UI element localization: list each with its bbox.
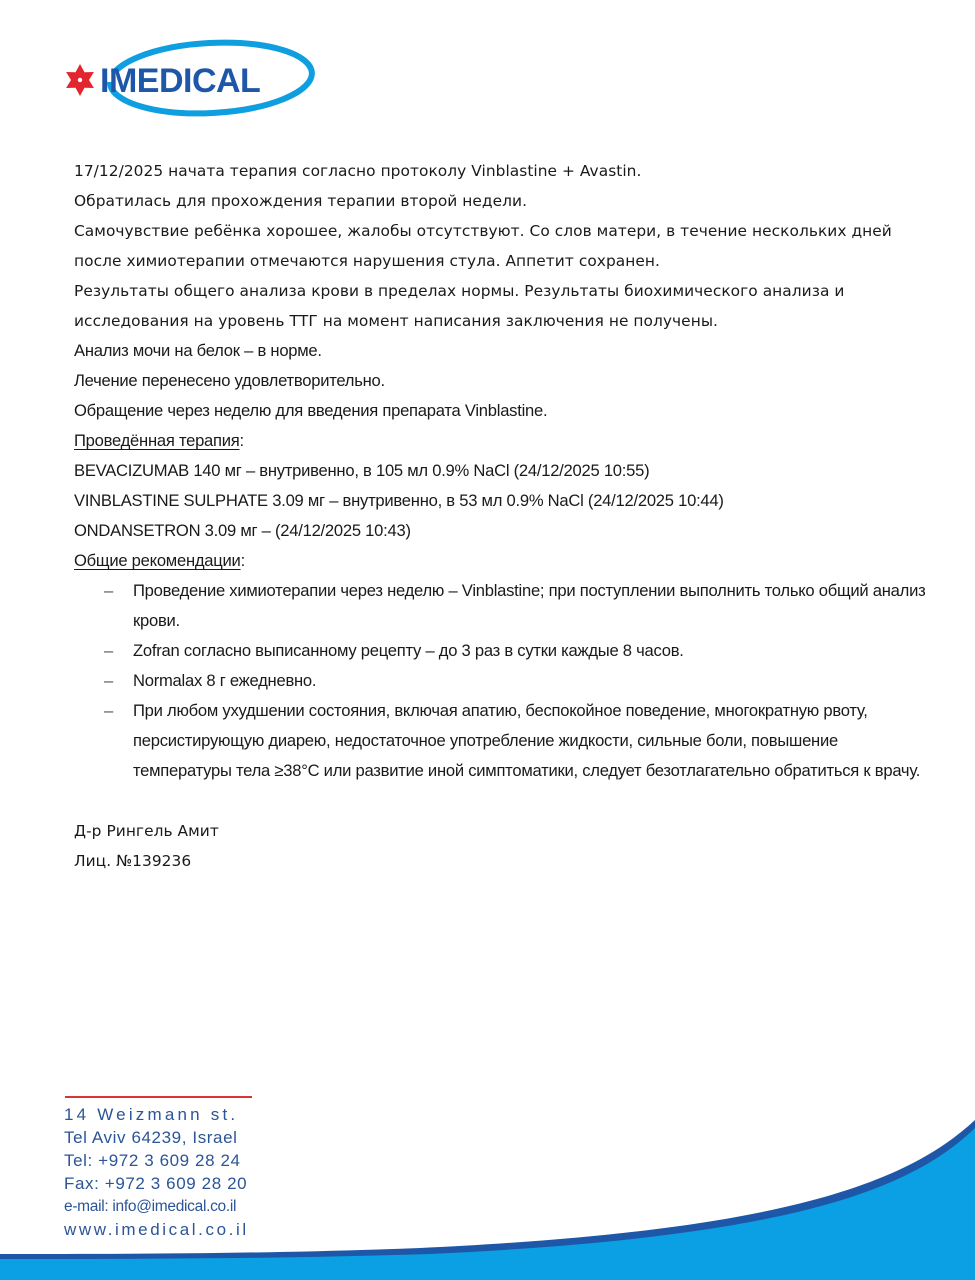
recommendations-heading-line: Общие рекомендации: xyxy=(74,546,944,576)
footer-email-link[interactable]: e-mail: info@imedical.co.il xyxy=(64,1195,264,1218)
recommendation-item: –При любом ухудшении состояния, включая … xyxy=(74,696,933,786)
footer-fax: Fax: +972 3 609 28 20 xyxy=(64,1172,264,1195)
document-body: 17/12/2025 начата терапия согласно прото… xyxy=(74,156,944,876)
doctor-license: Лиц. №139236 xyxy=(74,846,944,876)
body-line: исследования на уровень ТТГ на момент на… xyxy=(74,306,944,336)
footer-website-link[interactable]: www.imedical.co.il xyxy=(64,1218,264,1241)
therapy-heading: Проведённая терапия xyxy=(74,431,240,450)
body-line: после химиотерапии отмечаются нарушения … xyxy=(74,246,944,276)
therapy-item: BEVACIZUMAB 140 мг – внутривенно, в 105 … xyxy=(74,456,944,486)
dash-bullet-icon: – xyxy=(104,576,113,606)
dash-bullet-icon: – xyxy=(104,636,113,666)
body-line: Обратилась для прохождения терапии второ… xyxy=(74,186,944,216)
recommendations-list: –Проведение химиотерапии через неделю – … xyxy=(74,576,944,786)
therapy-item: ONDANSETRON 3.09 мг – (24/12/2025 10:43) xyxy=(74,516,944,546)
dash-bullet-icon: – xyxy=(104,696,113,726)
body-line: Самочувствие ребёнка хорошее, жалобы отс… xyxy=(74,216,944,246)
dash-bullet-icon: – xyxy=(104,666,113,696)
imedical-logo: IMEDICAL xyxy=(60,38,320,118)
footer-divider xyxy=(65,1096,252,1098)
footer-phone: Tel: +972 3 609 28 24 xyxy=(64,1149,264,1172)
footer-contact: 14 Weizmann st. Tel Aviv 64239, Israel T… xyxy=(64,1103,264,1241)
body-line: Обращение через неделю для введения преп… xyxy=(74,396,944,426)
recommendation-item: –Normalax 8 г ежедневно. xyxy=(74,666,933,696)
body-line: Анализ мочи на белок – в норме. xyxy=(74,336,944,366)
body-line: 17/12/2025 начата терапия согласно прото… xyxy=(74,156,944,186)
footer-address-street: 14 Weizmann st. xyxy=(64,1103,264,1126)
therapy-item: VINBLASTINE SULPHATE 3.09 мг – внутривен… xyxy=(74,486,944,516)
recommendation-item: –Проведение химиотерапии через неделю – … xyxy=(74,576,933,636)
body-line: Лечение перенесено удовлетворительно. xyxy=(74,366,944,396)
footer-address-city: Tel Aviv 64239, Israel xyxy=(64,1126,264,1149)
body-line: Результаты общего анализа крови в предел… xyxy=(74,276,944,306)
doctor-name: Д-р Рингель Амит xyxy=(74,816,944,846)
recommendations-heading: Общие рекомендации xyxy=(74,551,241,570)
recommendation-item: –Zofran согласно выписанному рецепту – д… xyxy=(74,636,933,666)
therapy-heading-line: Проведённая терапия: xyxy=(74,426,944,456)
logo-wordmark: IMEDICAL xyxy=(100,62,260,100)
